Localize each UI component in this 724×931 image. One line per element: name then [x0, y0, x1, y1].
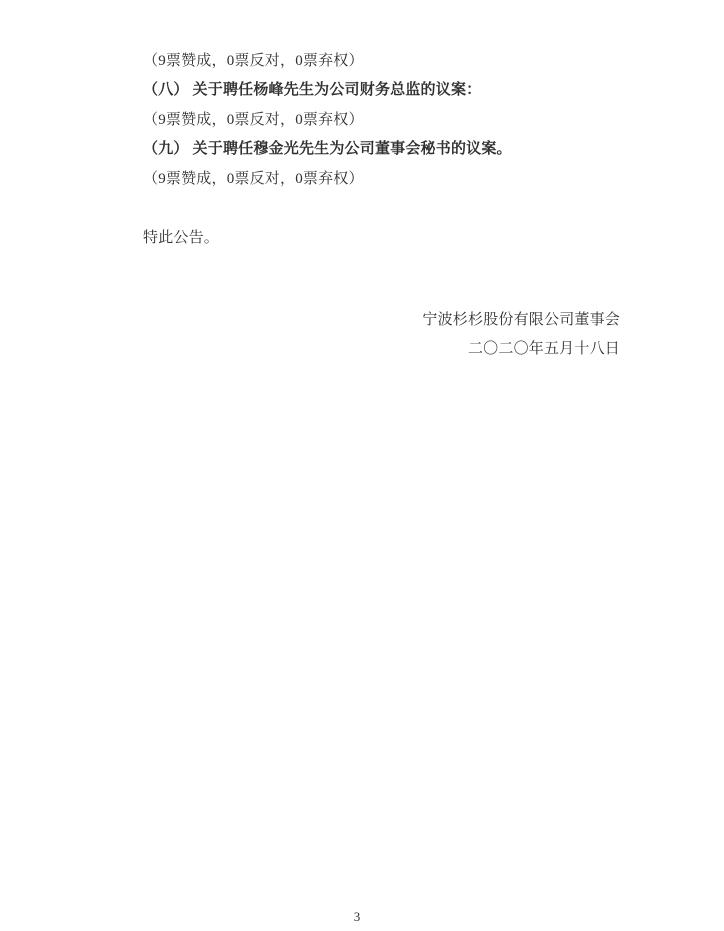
agenda-item-9-heading: （九） 关于聘任穆金光先生为公司董事会秘书的议案。 — [143, 140, 512, 158]
signature-company: 宁波杉杉股份有限公司董事会 — [422, 311, 620, 329]
vote-result-line-1: （9票赞成，0票反对，0票弃权） — [143, 52, 364, 70]
signature-date: 二〇二〇年五月十八日 — [468, 340, 620, 358]
agenda-item-8-heading: （八） 关于聘任杨峰先生为公司财务总监的议案： — [143, 81, 481, 99]
vote-result-line-3: （9票赞成，0票反对，0票弃权） — [143, 170, 364, 188]
vote-result-line-2: （9票赞成，0票反对，0票弃权） — [143, 111, 364, 129]
document-page: （9票赞成，0票反对，0票弃权） （八） 关于聘任杨峰先生为公司财务总监的议案：… — [0, 0, 724, 931]
page-number: 3 — [0, 909, 714, 925]
closing-statement: 特此公告。 — [143, 229, 219, 247]
